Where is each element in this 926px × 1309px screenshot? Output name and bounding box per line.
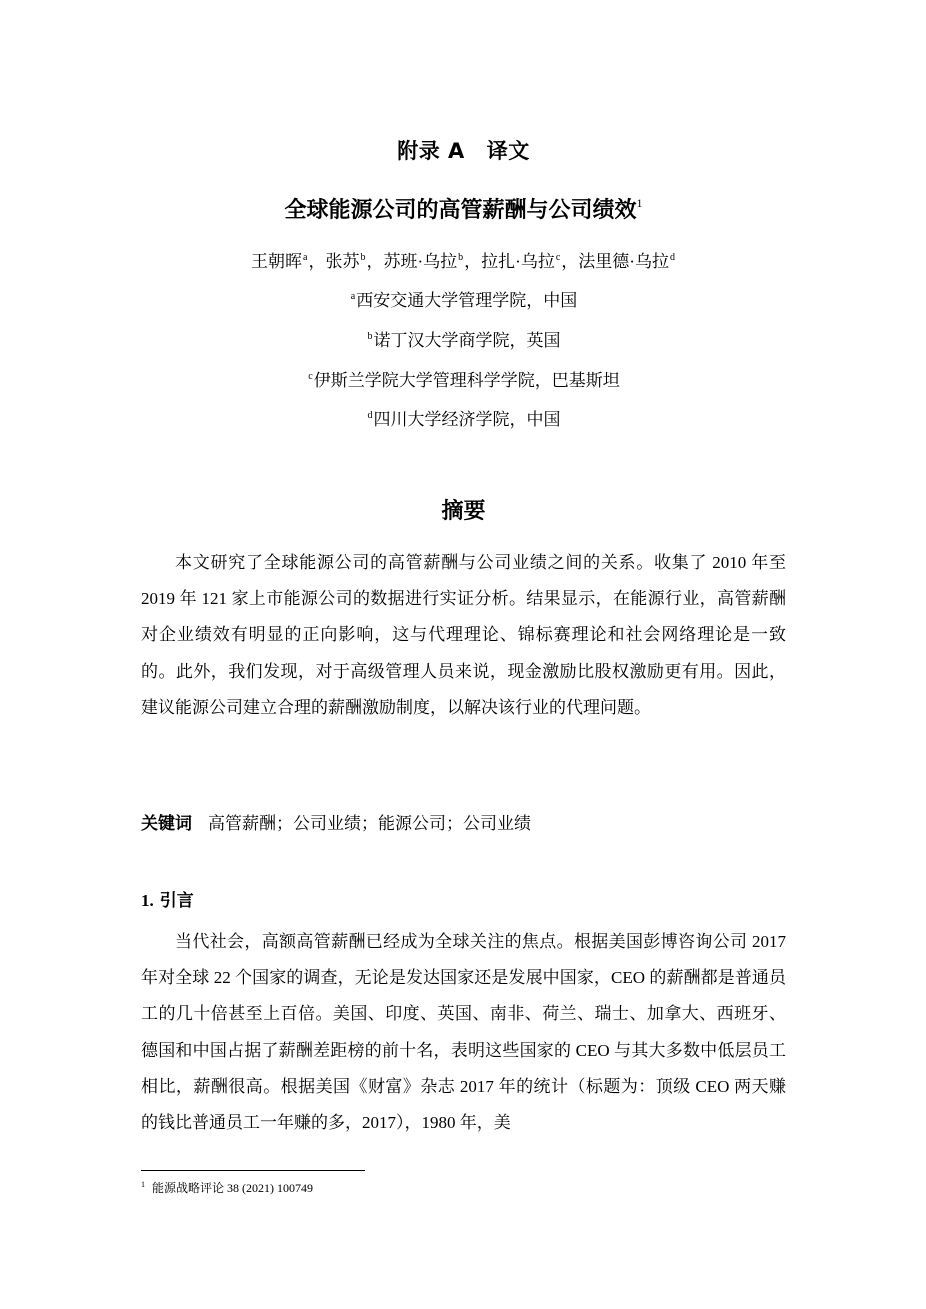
author: 拉扎·乌拉 bbox=[481, 252, 555, 271]
abstract-heading: 摘要 bbox=[141, 496, 786, 528]
section-heading-introduction: 1.引言 bbox=[141, 887, 194, 915]
keywords-text: 高管薪酬；公司业绩；能源公司；公司业绩 bbox=[208, 814, 531, 833]
affiliation-text: 西安交通大学管理学院，中国 bbox=[356, 291, 577, 310]
keywords: 关键词高管薪酬；公司业绩；能源公司；公司业绩 bbox=[141, 810, 531, 838]
affiliation-mark: b bbox=[458, 252, 463, 263]
author: 张苏 bbox=[325, 252, 359, 271]
appendix-subtitle: 译文 bbox=[487, 139, 530, 163]
paper-title: 全球能源公司的高管薪酬与公司绩效1 bbox=[141, 195, 786, 227]
affiliation-text: 伊斯兰学院大学管理科学学院，巴基斯坦 bbox=[314, 371, 620, 390]
introduction-body: 当代社会，高额高管薪酬已经成为全球关注的焦点。根据美国彭博咨询公司 2017 年… bbox=[141, 924, 786, 1141]
author: 苏班·乌拉 bbox=[383, 252, 457, 271]
title-footnote-ref[interactable]: 1 bbox=[637, 196, 643, 210]
author-separator: ， bbox=[308, 252, 325, 271]
author-list: 王朝晖a，张苏b，苏班·乌拉b，拉扎·乌拉c，法里德·乌拉d bbox=[141, 248, 786, 276]
author: 王朝晖 bbox=[251, 252, 302, 271]
affiliation-mark: a bbox=[351, 291, 355, 302]
author-separator: ， bbox=[561, 252, 578, 271]
appendix-title: 附录 A译文 bbox=[141, 136, 786, 166]
keywords-label: 关键词 bbox=[141, 814, 192, 834]
affiliation-mark: b bbox=[368, 331, 373, 342]
document-page: 附录 A译文 全球能源公司的高管薪酬与公司绩效1 王朝晖a，张苏b，苏班·乌拉b… bbox=[0, 0, 926, 1309]
abstract-body: 本文研究了全球能源公司的高管薪酬与公司业绩之间的关系。收集了 2010 年至 2… bbox=[141, 545, 786, 726]
affiliation-mark: b bbox=[360, 252, 365, 263]
affiliation-b: b诺丁汉大学商学院，英国 bbox=[141, 327, 786, 355]
section-title: 引言 bbox=[160, 891, 194, 911]
author-separator: ， bbox=[366, 252, 383, 271]
body-paragraph: 当代社会，高额高管薪酬已经成为全球关注的焦点。根据美国彭博咨询公司 2017 年… bbox=[141, 924, 786, 1141]
footnote-text: 能源战略评论 38 (2021) 100749 bbox=[152, 1181, 313, 1195]
footnote: 1能源战略评论 38 (2021) 100749 bbox=[141, 1180, 313, 1196]
affiliation-mark: d bbox=[670, 252, 675, 263]
affiliation-mark: a bbox=[303, 252, 307, 263]
affiliation-a: a西安交通大学管理学院，中国 bbox=[141, 287, 786, 315]
footnote-mark: 1 bbox=[141, 1180, 145, 1189]
author: 法里德·乌拉 bbox=[578, 252, 669, 271]
affiliation-mark: d bbox=[368, 410, 373, 421]
affiliation-mark: c bbox=[308, 371, 312, 382]
author-separator: ， bbox=[464, 252, 481, 271]
affiliation-text: 诺丁汉大学商学院，英国 bbox=[374, 331, 561, 350]
footnote-divider bbox=[141, 1170, 365, 1171]
affiliation-d: d四川大学经济学院，中国 bbox=[141, 406, 786, 434]
appendix-label: 附录 A bbox=[397, 139, 465, 163]
paper-title-text: 全球能源公司的高管薪酬与公司绩效 bbox=[284, 198, 636, 223]
affiliation-c: c伊斯兰学院大学管理科学学院，巴基斯坦 bbox=[141, 367, 786, 395]
affiliation-mark: c bbox=[556, 252, 560, 263]
affiliation-text: 四川大学经济学院，中国 bbox=[374, 410, 561, 429]
section-number: 1. bbox=[141, 891, 154, 910]
abstract-paragraph: 本文研究了全球能源公司的高管薪酬与公司业绩之间的关系。收集了 2010 年至 2… bbox=[141, 545, 786, 726]
